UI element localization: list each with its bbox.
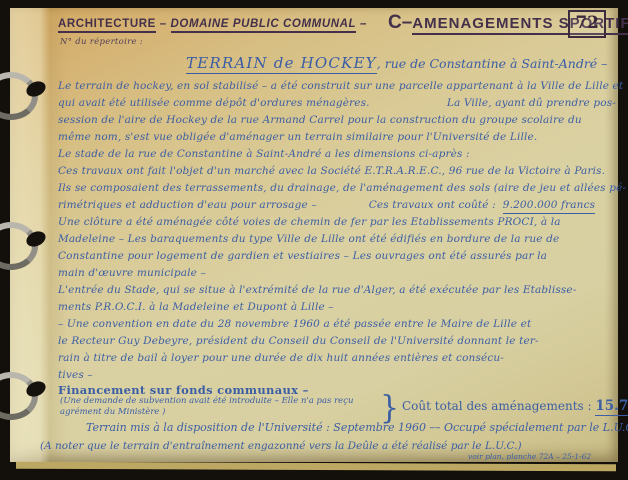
document-body: Le terrain de hockey, en sol stabilisé –… — [58, 78, 616, 384]
document-title: TERRAIN de HOCKEY, rue de Constantine à … — [186, 53, 607, 72]
title-main: TERRAIN de HOCKEY — [186, 54, 377, 74]
document-line: L'entrée du Stade, qui se situe à l'extr… — [58, 282, 616, 299]
disposition-line: Terrain mis à la disposition de l'Univer… — [86, 421, 614, 434]
document-line: rimétriques et adduction d'eau pour arro… — [58, 197, 616, 214]
document-line: Une clôture a été aménagée côté voies de… — [58, 214, 616, 231]
total-cost-value: 15.700.000 frs — [595, 398, 628, 416]
cost-label: Ces travaux ont coûté : — [369, 197, 496, 214]
disposition-text: Terrain mis à la disposition de l'Univer… — [86, 421, 435, 434]
page-number: 72 — [568, 10, 606, 38]
plan-reference: voir plan, planche 72A – 25-1-62 — [468, 452, 591, 461]
document-line: même nom, s'est vue obligée d'aménager u… — [58, 129, 616, 146]
line-left: rimétriques et adduction d'eau pour arro… — [58, 197, 317, 214]
document-line: – Une convention en date du 28 novembre … — [58, 316, 616, 333]
page-header: ARCHITECTURE – DOMAINE PUBLIC COMMUNAL –… — [58, 14, 598, 32]
header-domaine: DOMAINE PUBLIC COMMUNAL — [171, 18, 357, 33]
financing-block: Financement sur fonds communaux – (Une d… — [58, 383, 614, 397]
document-line: ments P.R.O.C.I. à la Madeleine et Dupon… — [58, 299, 616, 316]
total-cost: Coût total des aménagements : 15.700.000… — [402, 398, 628, 414]
document-line: Le terrain de hockey, en sol stabilisé –… — [58, 78, 616, 95]
scanned-archive-page: { "colors": { "paper": "#d8cb97", "ink_b… — [0, 0, 628, 480]
document-line: le Recteur Guy Debeyre, président du Con… — [58, 333, 616, 350]
header-separator: – — [360, 18, 367, 30]
disposition-occupant: – Occupé spécialement par le L.U.C. – — [435, 421, 628, 434]
document-line: qui avait été utilisée comme dépôt d'ord… — [58, 95, 616, 112]
document-line: tives – — [58, 367, 616, 384]
line-right: La Ville, ayant dû prendre pos- — [447, 95, 616, 112]
line-left: qui avait été utilisée comme dépôt d'ord… — [58, 95, 370, 112]
footnote: (A noter que le terrain d'entraînement e… — [40, 440, 522, 452]
financing-note-line: (Une demande de subvention avait été int… — [60, 396, 380, 407]
line-gap — [496, 197, 503, 214]
section-letter: C– — [388, 12, 412, 33]
document-line: Madeleine – Les baraquements du type Vil… — [58, 231, 616, 248]
repertoire-label: N° du répertoire : — [60, 37, 143, 47]
document-line: main d'œuvre municipale – — [58, 265, 616, 282]
document-line: Constantine pour logement de gardien et … — [58, 248, 616, 265]
document-line: session de l'aire de Hockey de la rue Ar… — [58, 112, 616, 129]
title-rest: , rue de Constantine à Saint-André – — [377, 56, 608, 71]
paper-bottom-edge — [16, 462, 616, 472]
total-cost-label: Coût total des aménagements : — [402, 399, 595, 413]
financing-note-line: agrément du Ministère ) — [60, 407, 380, 418]
header-separator: – — [160, 18, 167, 30]
financing-title: Financement sur fonds communaux – — [58, 383, 614, 397]
document-line: Ces travaux ont fait l'objet d'un marché… — [58, 163, 616, 180]
cost-value: 9.200.000 francs — [503, 197, 595, 214]
header-left: ARCHITECTURE – DOMAINE PUBLIC COMMUNAL – — [58, 18, 367, 33]
financing-note: (Une demande de subvention avait été int… — [60, 396, 380, 418]
document-line: Le stade de la rue de Constantine à Sain… — [58, 146, 616, 163]
document-line: rain à titre de bail à loyer pour une du… — [58, 350, 616, 367]
line-gap — [317, 197, 369, 214]
header-architecture: ARCHITECTURE — [58, 18, 156, 33]
document-line: Ils se composaient des terrassements, du… — [58, 180, 616, 197]
